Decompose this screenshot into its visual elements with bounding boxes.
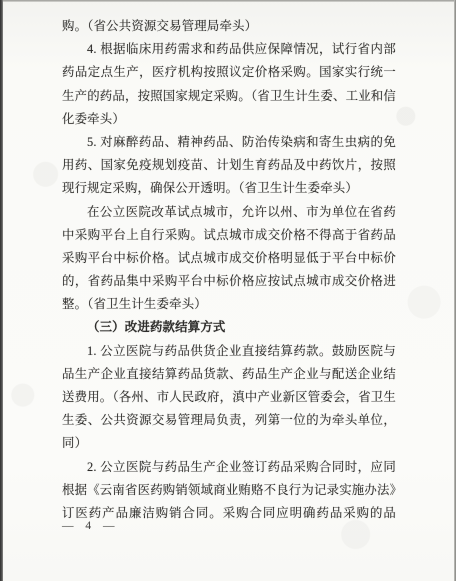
text-line: 中采购平台上自行采购。试点城市成交价格不得高于省药品集中 — [62, 224, 396, 247]
text-line: 现行规定采购，确保公开透明。（省卫生计生委牵头） — [62, 177, 396, 200]
text-line: 4. 根据临床用药需求和药品供应保障情况，试行省内部分 — [62, 38, 396, 61]
document-body-text: 购。（省公共资源交易管理局牵头）4. 根据临床用药需求和药品供应保障情况，试行省… — [62, 15, 396, 525]
scan-top-edge — [0, 0, 456, 2]
scan-left-edge — [0, 0, 3, 581]
text-line: 5. 对麻醉药品、精神药品、防治传染病和寄生虫病的免费 — [62, 131, 396, 154]
scanned-document-page: 购。（省公共资源交易管理局牵头）4. 根据临床用药需求和药品供应保障情况，试行省… — [0, 0, 456, 581]
text-line: 2. 公立医院与药品生产企业签订药品采购合同时，应同时 — [62, 456, 396, 479]
text-line: 1. 公立医院与药品供货企业直接结算药款。鼓励医院与药 — [62, 340, 396, 363]
text-line: 采购平台中标价格。试点城市成交价格明显低于平台中标价格 — [62, 247, 396, 270]
text-line: （三）改进药款结算方式 — [62, 316, 396, 339]
text-line: 品生产企业直接结算药品货款、药品生产企业与配送企业结算配 — [62, 363, 396, 386]
text-line: 整。（省卫生计生委牵头） — [62, 293, 396, 316]
text-line: 用药、国家免疫规划疫苗、计划生育药品及中药饮片，按照国家 — [62, 154, 396, 177]
text-line: 送费用。（各州、市人民政府，滇中产业新区管委会，省卫生计 — [62, 386, 396, 409]
text-line: 同） — [62, 432, 396, 455]
text-line: 购。（省公共资源交易管理局牵头） — [62, 15, 396, 38]
text-line: 在公立医院改革试点城市，允许以州、市为单位在省药品集 — [62, 201, 396, 224]
text-line: 药品定点生产，医疗机构按照议定价格采购。国家实行统一定点 — [62, 61, 396, 84]
page-number: — 4 — — [62, 519, 116, 533]
text-line: 生产的药品，按照国家规定采购。（省卫生计生委、工业和信息 — [62, 85, 396, 108]
text-line: 的，省药品集中采购平台中标价格应按试点城市成交价格进行调 — [62, 270, 396, 293]
text-line: 根据《云南省医药购销领域商业贿赂不良行为记录实施办法》签 — [62, 479, 396, 502]
text-line: 化委牵头） — [62, 108, 396, 131]
text-line: 生委、公共资源交易管理局负责，列第一位的为牵头单位，下 — [62, 409, 396, 432]
